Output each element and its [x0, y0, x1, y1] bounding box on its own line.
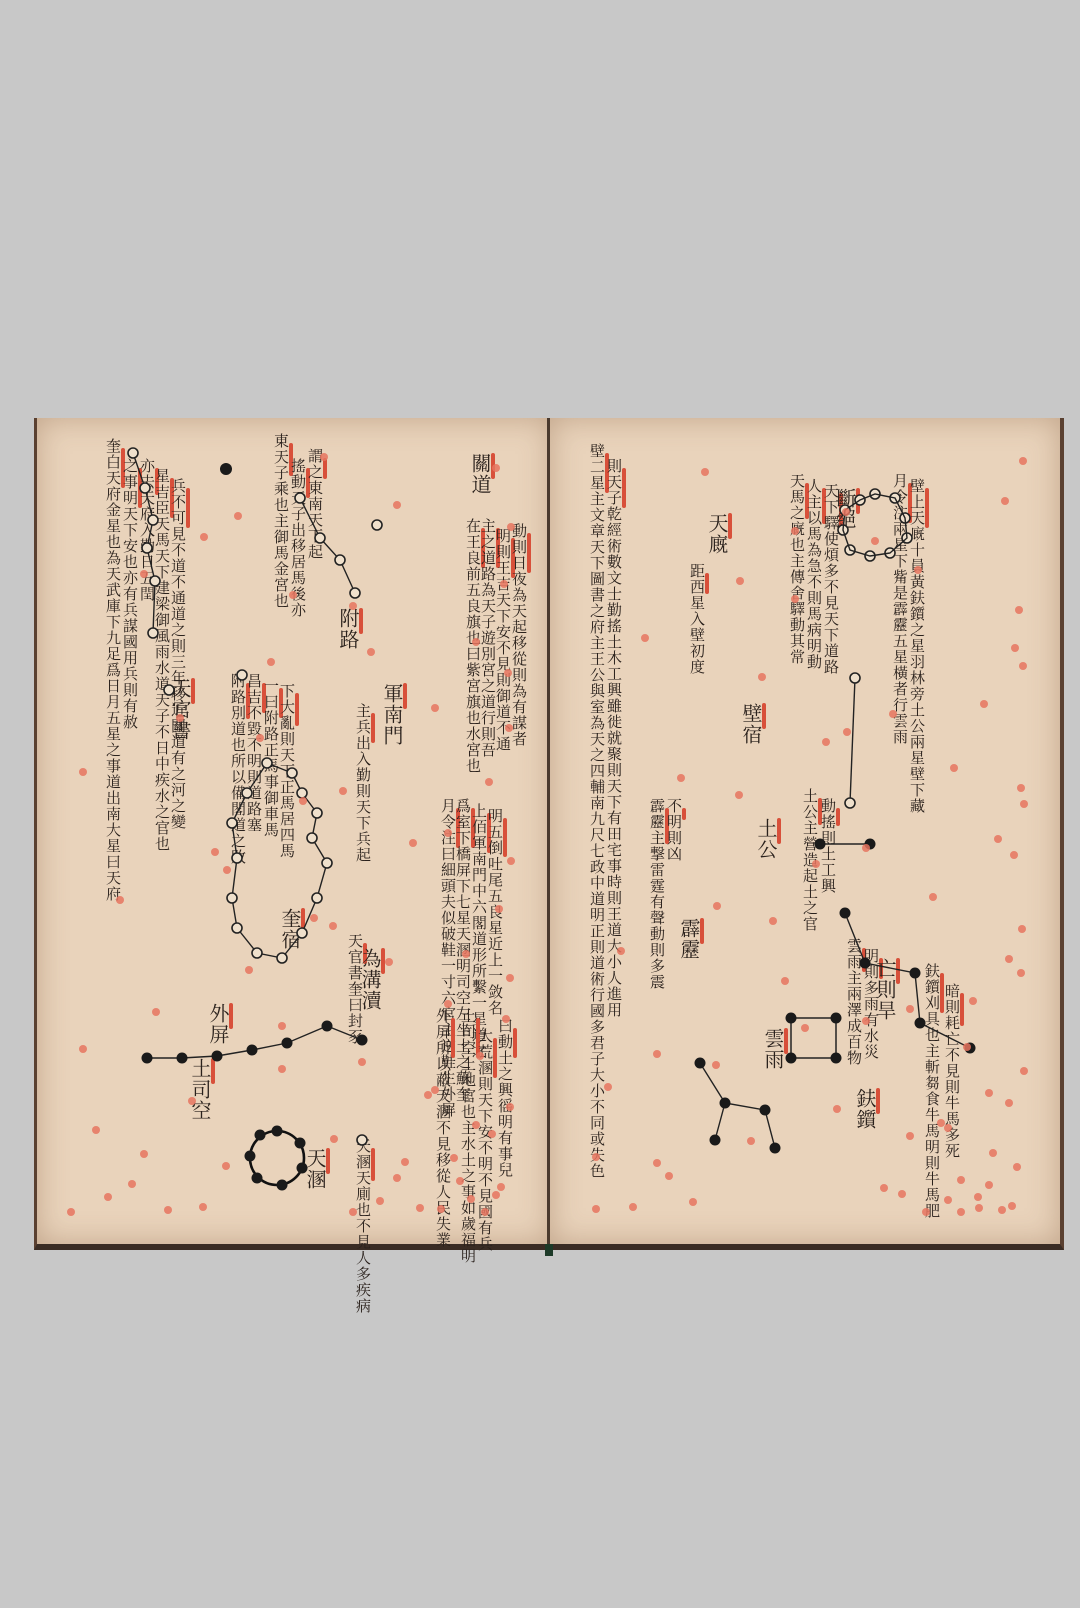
- red-annotation-mark: [682, 808, 686, 820]
- red-punctuation-dot: [140, 1150, 148, 1158]
- red-punctuation-dot: [320, 453, 328, 461]
- red-punctuation-dot: [497, 1183, 505, 1191]
- gedao-constellation: [125, 448, 185, 648]
- red-punctuation-dot: [431, 704, 439, 712]
- red-punctuation-dot: [507, 523, 515, 531]
- red-punctuation-dot: [1001, 497, 1009, 505]
- red-punctuation-dot: [1019, 457, 1027, 465]
- red-punctuation-dot: [1018, 925, 1026, 933]
- red-punctuation-dot: [974, 1193, 982, 1201]
- red-punctuation-dot: [416, 1204, 424, 1212]
- red-punctuation-dot: [481, 1208, 489, 1216]
- red-punctuation-dot: [267, 658, 275, 666]
- red-annotation-mark: [371, 713, 375, 743]
- red-punctuation-dot: [641, 634, 649, 642]
- red-annotation-mark: [503, 818, 507, 857]
- red-punctuation-dot: [330, 1135, 338, 1143]
- text-column: 主兵出入勤則天下兵起: [354, 703, 371, 863]
- red-punctuation-dot: [492, 464, 500, 472]
- red-punctuation-dot: [975, 1204, 983, 1212]
- red-annotation-mark: [451, 1018, 455, 1058]
- red-punctuation-dot: [164, 1206, 172, 1214]
- red-annotation-mark: [295, 693, 299, 726]
- red-punctuation-dot: [880, 1184, 888, 1192]
- red-punctuation-dot: [79, 768, 87, 776]
- red-punctuation-dot: [629, 1203, 637, 1211]
- text-column: 天溷天廁也不見人多疾病: [354, 1138, 371, 1314]
- red-punctuation-dot: [747, 1137, 755, 1145]
- red-punctuation-dot: [985, 1089, 993, 1097]
- red-punctuation-dot: [994, 835, 1002, 843]
- red-punctuation-dot: [689, 1198, 697, 1206]
- red-punctuation-dot: [67, 1208, 75, 1216]
- red-punctuation-dot: [505, 724, 513, 732]
- text-column: 奎白天府金星也為天武庫下九足爲日月五星之事道出南大星曰天府: [104, 438, 121, 902]
- red-punctuation-dot: [843, 728, 851, 736]
- red-punctuation-dot: [1013, 1163, 1021, 1171]
- red-punctuation-dot: [199, 1203, 207, 1211]
- red-punctuation-dot: [409, 839, 417, 847]
- red-punctuation-dot: [653, 1159, 661, 1167]
- red-annotation-mark: [186, 488, 190, 528]
- red-punctuation-dot: [444, 1000, 452, 1008]
- bookmark-ribbon: [545, 1244, 553, 1256]
- red-punctuation-dot: [393, 501, 401, 509]
- text-column: 則天子乾經術數文士勤搖土木工興雖徙就聚則天下有田宅事時則王道大小人進用: [605, 458, 622, 1018]
- star-single: [370, 518, 384, 532]
- red-punctuation-dot: [677, 774, 685, 782]
- red-annotation-mark: [326, 1148, 330, 1174]
- red-punctuation-dot: [617, 947, 625, 955]
- text-column: 動則日夜為天起移從則為有謀者: [510, 523, 527, 747]
- red-punctuation-dot: [998, 1206, 1006, 1214]
- right-page: 壁二星主文章天下圖書之府主王公與室為天之四輔南九尺七政中道明正則道術行國多君子大…: [550, 418, 1064, 1250]
- book-spine: [547, 418, 550, 1250]
- red-annotation-mark: [762, 703, 766, 729]
- red-annotation-mark: [359, 608, 363, 634]
- text-column: 天馬之廐也主傳舍驛動其常: [788, 473, 805, 665]
- constellation-label: 附路: [337, 608, 359, 650]
- red-punctuation-dot: [985, 1181, 993, 1189]
- red-punctuation-dot: [506, 974, 514, 982]
- wangliang-constellation: [295, 493, 375, 603]
- red-punctuation-dot: [957, 1176, 965, 1184]
- red-punctuation-dot: [401, 1158, 409, 1166]
- red-punctuation-dot: [223, 866, 231, 874]
- red-annotation-mark: [777, 818, 781, 844]
- red-annotation-mark: [323, 458, 327, 479]
- red-punctuation-dot: [1017, 969, 1025, 977]
- red-annotation-mark: [728, 513, 732, 539]
- red-punctuation-dot: [456, 1177, 464, 1185]
- red-punctuation-dot: [944, 1124, 952, 1132]
- open-book: 奎白天府金星也為天武庫下九足爲日月五星之事道出南大星曰天府之事明天下安也亦有兵謀…: [30, 418, 1070, 1253]
- red-punctuation-dot: [769, 917, 777, 925]
- red-punctuation-dot: [79, 1045, 87, 1053]
- constellation-label: 壁宿: [740, 703, 762, 745]
- red-punctuation-dot: [1005, 1099, 1013, 1107]
- red-punctuation-dot: [310, 914, 318, 922]
- red-punctuation-dot: [736, 577, 744, 585]
- red-punctuation-dot: [472, 1121, 480, 1129]
- red-punctuation-dot: [200, 533, 208, 541]
- red-punctuation-dot: [393, 1174, 401, 1182]
- red-punctuation-dot: [1017, 784, 1025, 792]
- red-punctuation-dot: [665, 1172, 673, 1180]
- red-punctuation-dot: [889, 710, 897, 718]
- red-punctuation-dot: [1015, 606, 1023, 614]
- red-punctuation-dot: [431, 1086, 439, 1094]
- red-punctuation-dot: [462, 950, 470, 958]
- red-punctuation-dot: [701, 468, 709, 476]
- red-punctuation-dot: [376, 1197, 384, 1205]
- red-punctuation-dot: [349, 602, 357, 610]
- red-punctuation-dot: [1010, 851, 1018, 859]
- text-column: 不明則凶: [665, 798, 682, 862]
- red-annotation-mark: [700, 918, 704, 944]
- red-punctuation-dot: [485, 778, 493, 786]
- text-column: 人主以馬為急不則馬病明動: [805, 478, 822, 670]
- red-punctuation-dot: [116, 896, 124, 904]
- red-punctuation-dot: [472, 638, 480, 646]
- red-punctuation-dot: [211, 848, 219, 856]
- red-punctuation-dot: [502, 1015, 510, 1023]
- red-punctuation-dot: [289, 591, 297, 599]
- red-punctuation-dot: [1020, 800, 1028, 808]
- constellation-label: 土公: [755, 818, 777, 860]
- red-punctuation-dot: [914, 566, 922, 574]
- red-punctuation-dot: [299, 797, 307, 805]
- red-punctuation-dot: [278, 1065, 286, 1073]
- constellation-label: 天廐: [706, 513, 728, 555]
- red-punctuation-dot: [713, 902, 721, 910]
- text-column: 東天子乘也主御馬金宮也: [272, 433, 289, 609]
- red-punctuation-dot: [950, 764, 958, 772]
- red-punctuation-dot: [1005, 955, 1013, 963]
- red-punctuation-dot: [1011, 644, 1019, 652]
- red-punctuation-dot: [349, 1208, 357, 1216]
- red-punctuation-dot: [504, 669, 512, 677]
- red-punctuation-dot: [152, 1008, 160, 1016]
- red-punctuation-dot: [791, 527, 799, 535]
- red-punctuation-dot: [234, 512, 242, 520]
- red-punctuation-dot: [604, 1083, 612, 1091]
- constellation-label: 霹靂: [678, 918, 700, 960]
- text-column: 土司空土地官也主水土之事如歲福明: [459, 1008, 476, 1264]
- red-punctuation-dot: [944, 1196, 952, 1204]
- red-punctuation-dot: [592, 1205, 600, 1213]
- star-dot-icon: [220, 463, 232, 475]
- red-annotation-mark: [622, 468, 626, 508]
- tianjiu-constellation: [835, 490, 915, 560]
- red-punctuation-dot: [781, 977, 789, 985]
- red-punctuation-dot: [506, 1103, 514, 1111]
- red-annotation-mark: [527, 533, 531, 573]
- red-annotation-mark: [513, 1028, 517, 1058]
- bixiu-constellation: [845, 673, 865, 813]
- red-punctuation-dot: [822, 738, 830, 746]
- red-punctuation-dot: [1008, 1202, 1016, 1210]
- red-punctuation-dot: [1020, 1067, 1028, 1075]
- red-punctuation-dot: [222, 1162, 230, 1170]
- red-punctuation-dot: [339, 787, 347, 795]
- red-punctuation-dot: [758, 673, 766, 681]
- red-punctuation-dot: [104, 1193, 112, 1201]
- red-annotation-mark: [705, 573, 709, 594]
- red-punctuation-dot: [929, 893, 937, 901]
- red-punctuation-dot: [989, 1149, 997, 1157]
- red-annotation-mark: [836, 808, 840, 826]
- red-punctuation-dot: [495, 905, 503, 913]
- red-punctuation-dot: [957, 1208, 965, 1216]
- text-column: 壁二星主文章天下圖書之府主王公與室為天之四輔南九尺七政中道明正則道術行國多君子大…: [588, 443, 605, 1179]
- red-punctuation-dot: [791, 595, 799, 603]
- red-annotation-mark: [925, 488, 929, 528]
- text-column: 曰動土之興徭明有事兒: [496, 1018, 513, 1178]
- left-page: 奎白天府金星也為天武庫下九足爲日月五星之事道出南大星曰天府之事明天下安也亦有兵謀…: [34, 418, 551, 1250]
- yunyu-constellation: [786, 1013, 846, 1063]
- kuixiu-constellation: [217, 753, 337, 993]
- text-column: 距西星入壁初度: [688, 563, 705, 675]
- red-punctuation-dot: [188, 1097, 196, 1105]
- red-punctuation-dot: [833, 1105, 841, 1113]
- text-column: 大荒溷則天下安不明不見國有兵: [476, 1028, 493, 1252]
- red-punctuation-dot: [128, 1180, 136, 1188]
- red-punctuation-dot: [92, 1126, 100, 1134]
- red-punctuation-dot: [963, 1043, 971, 1051]
- constellation-label: 為溝瀆: [359, 948, 381, 1011]
- red-punctuation-dot: [1019, 662, 1027, 670]
- red-punctuation-dot: [653, 1050, 661, 1058]
- red-punctuation-dot: [898, 1190, 906, 1198]
- red-annotation-mark: [191, 678, 195, 704]
- waiping-constellation: [137, 1018, 377, 1068]
- red-punctuation-dot: [424, 1091, 432, 1099]
- red-annotation-mark: [403, 683, 407, 709]
- text-column: 霹靂主撃雷霆有聲動則多震: [648, 798, 665, 990]
- constellation-label: 關道: [469, 453, 491, 495]
- red-punctuation-dot: [385, 958, 393, 966]
- red-annotation-mark: [371, 1148, 375, 1181]
- red-punctuation-dot: [507, 857, 515, 865]
- junnanmen-star: [162, 683, 176, 697]
- text-column: 明則王吉天下安不見則御道不通: [494, 528, 511, 752]
- red-punctuation-dot: [922, 1208, 930, 1216]
- tusikong-star: [355, 1133, 369, 1147]
- red-punctuation-dot: [980, 700, 988, 708]
- tianhun-constellation: [242, 1123, 312, 1193]
- red-punctuation-dot: [450, 1154, 458, 1162]
- red-punctuation-dot: [735, 791, 743, 799]
- red-punctuation-dot: [492, 1191, 500, 1199]
- constellation-label: 軍南門: [381, 683, 403, 746]
- fulu-constellation: [235, 668, 249, 682]
- red-punctuation-dot: [367, 648, 375, 656]
- red-punctuation-dot: [176, 714, 184, 722]
- fuzhi-constellation: [695, 1058, 795, 1158]
- red-punctuation-dot: [906, 1132, 914, 1140]
- red-punctuation-dot: [906, 1005, 914, 1013]
